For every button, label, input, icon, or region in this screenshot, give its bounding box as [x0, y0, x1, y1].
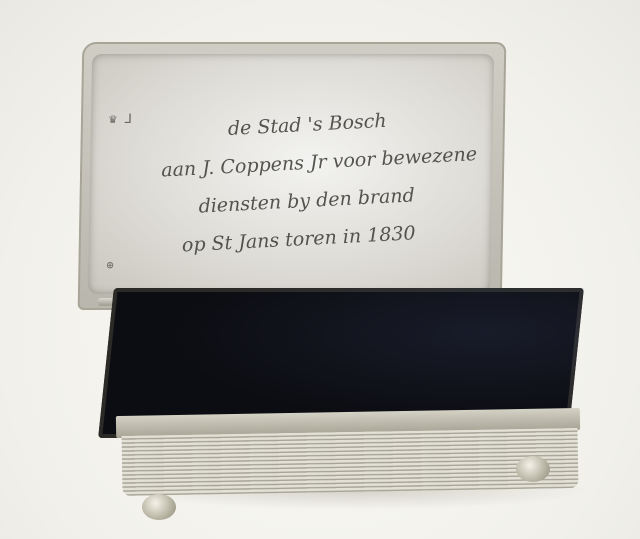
ball-foot — [142, 494, 176, 520]
box-base — [102, 282, 578, 497]
reeded-side — [122, 428, 579, 496]
hallmark-icon: ⊕ — [106, 258, 113, 272]
hallmark-icon: ♛ ⅃ — [109, 112, 132, 127]
engraved-inscription: de Stad 's Bosch aan J. Coppens Jr voor … — [147, 98, 464, 266]
ball-foot — [516, 456, 550, 482]
lid-inner-surface: ♛ ⅃ ⊕ de Stad 's Bosch aan J. Coppens Jr… — [88, 54, 494, 294]
box-lid: ♛ ⅃ ⊕ de Stad 's Bosch aan J. Coppens Jr… — [78, 42, 507, 310]
